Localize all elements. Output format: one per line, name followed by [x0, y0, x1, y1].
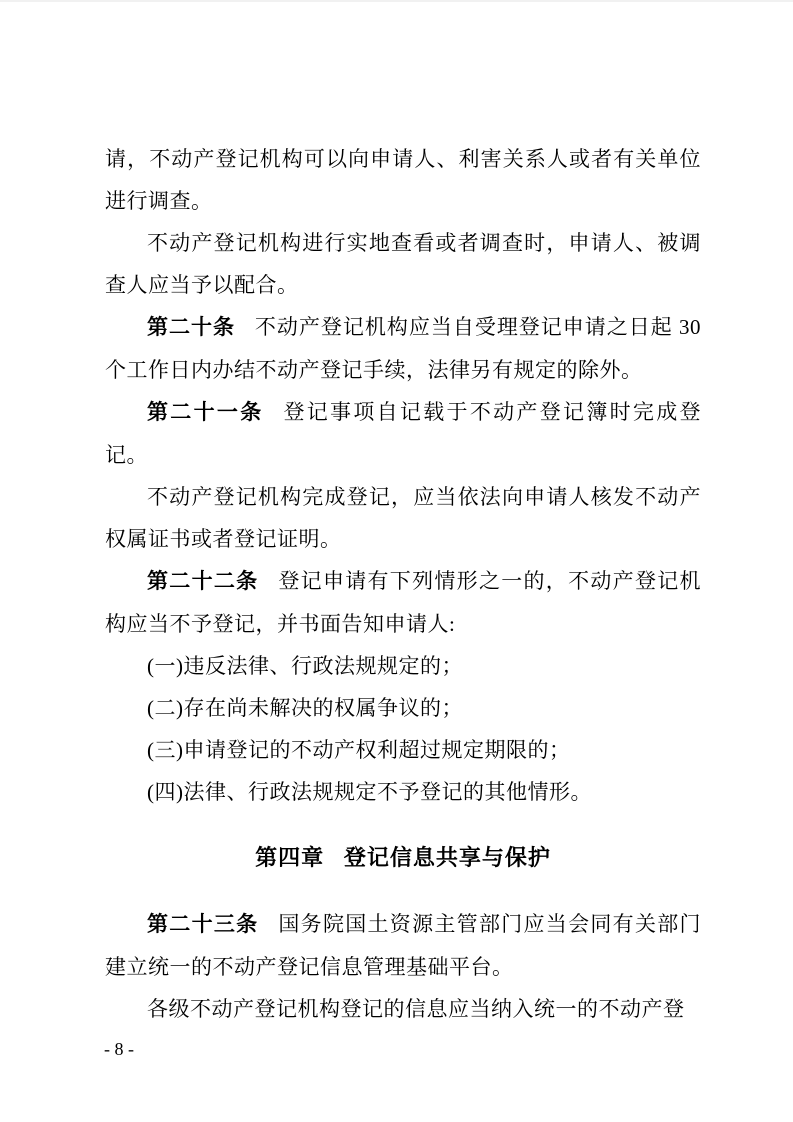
article-number: 第二十二条 — [147, 570, 258, 593]
page-number: - 8 - — [104, 1038, 134, 1060]
clause-item: (三)申请登记的不动产权利超过规定期限的； — [105, 729, 701, 771]
article-number: 第二十条 — [147, 316, 235, 339]
chapter-title: 登记信息共享与保护 — [344, 845, 551, 870]
article-number: 第二十一条 — [147, 401, 264, 424]
paragraph: 不动产登记机构进行实地查看或者调查时，申请人、被调查人应当予以配合。 — [105, 222, 701, 306]
paragraph: 不动产登记机构完成登记，应当依法向申请人核发不动产权属证书或者登记证明。 — [105, 476, 701, 560]
paragraph-cut-off: 各级不动产登记机构登记的信息应当纳入统一的不动产登 — [105, 988, 701, 1030]
chapter-number: 第四章 — [255, 845, 324, 870]
article-paragraph: 第二十二条登记申请有下列情形之一的，不动产登记机构应当不予登记，并书面告知申请人… — [105, 560, 701, 645]
article-paragraph: 第二十三条国务院国土资源主管部门应当会同有关部门建立统一的不动产登记信息管理基础… — [105, 903, 701, 988]
document-content: 请，不动产登记机构可以向申请人、利害关系人或者有关单位进行调查。 不动产登记机构… — [105, 138, 701, 1030]
clause-item: (二)存在尚未解决的权属争议的； — [105, 687, 701, 729]
article-paragraph: 第二十条不动产登记机构应当自受理登记申请之日起 30 个工作日内办结不动产登记手… — [105, 306, 701, 391]
clause-item: (四)法律、行政法规规定不予登记的其他情形。 — [105, 771, 701, 813]
clause-item: (一)违反法律、行政法规规定的； — [105, 645, 701, 687]
chapter-heading: 第四章登记信息共享与保护 — [105, 836, 701, 880]
article-paragraph: 第二十一条登记事项自记载于不动产登记簿时完成登记。 — [105, 391, 701, 476]
article-number: 第二十三条 — [147, 913, 258, 936]
document-page: 请，不动产登记机构可以向申请人、利害关系人或者有关单位进行调查。 不动产登记机构… — [0, 0, 793, 1122]
paragraph-continuation: 请，不动产登记机构可以向申请人、利害关系人或者有关单位进行调查。 — [105, 138, 701, 222]
